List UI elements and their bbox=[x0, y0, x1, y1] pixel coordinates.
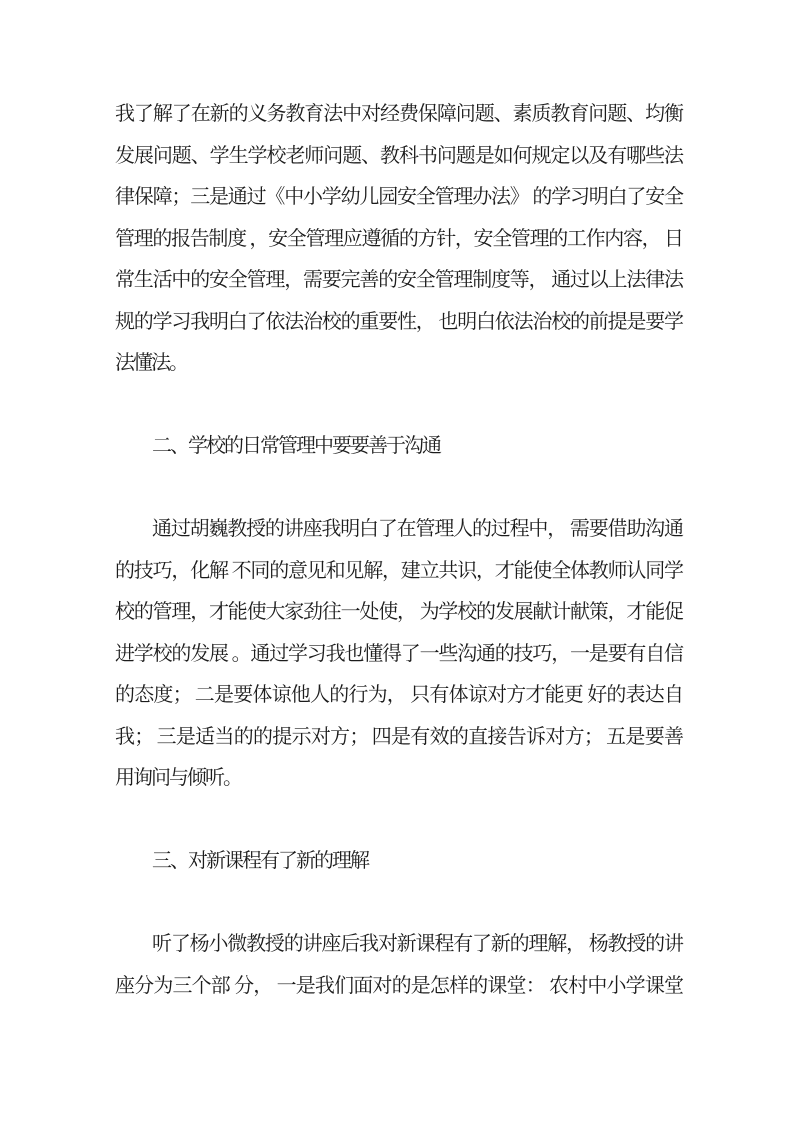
paragraph: 听了杨小微教授的讲座后我对新课程有了新的理解， 杨教授的讲座分为三个部 分， 一… bbox=[115, 924, 682, 1007]
text-line: 管理的报告制度 ，安全管理应遵循的方针，安全管理的工作内容， 日 bbox=[115, 219, 682, 261]
text-line: 的态度； 二是要体谅他人的行为， 只有体谅对方才能更 好的表达自 bbox=[115, 675, 682, 717]
paragraph: 通过胡巍教授的讲座我明白了在管理人的过程中， 需要借助沟通的技巧，化解 不同的意… bbox=[115, 509, 682, 800]
text-line: 通过胡巍教授的讲座我明白了在管理人的过程中， 需要借助沟通 bbox=[115, 509, 682, 551]
text-line: 的技巧，化解 不同的意见和见解，建立共识，才能使全体教师认同学 bbox=[115, 551, 682, 593]
document-page: 我了解了在新的义务教育法中对经费保障问题、素质教育问题、均衡发展问题、学生学校老… bbox=[0, 0, 793, 1122]
text-line: 律保障；三是通过《中小学幼儿园安全管理办法》 的学习明白了安全 bbox=[115, 177, 682, 219]
text-line: 听了杨小微教授的讲座后我对新课程有了新的理解， 杨教授的讲 bbox=[115, 924, 682, 966]
text-line: 用询问与倾听。 bbox=[115, 758, 682, 800]
text-line: 发展问题、学生学校老师问题、教科书问题是如何规定以及有哪些法 bbox=[115, 136, 682, 178]
text-line: 我； 三是适当的的提示对方； 四是有效的直接告诉对方； 五是要善 bbox=[115, 717, 682, 759]
section-heading: 二、学校的日常管理中要要善于沟通 bbox=[115, 426, 682, 468]
text-line: 校的管理，才能使大家劲往一处使， 为学校的发展献计献策，才能促 bbox=[115, 592, 682, 634]
document-body: 我了解了在新的义务教育法中对经费保障问题、素质教育问题、均衡发展问题、学生学校老… bbox=[0, 0, 793, 1007]
text-line: 法懂法。 bbox=[115, 343, 682, 385]
section-heading: 三、对新课程有了新的理解 bbox=[115, 841, 682, 883]
text-line: 规的学习我明白了依法治校的重要性， 也明白依法治校的前提是要学 bbox=[115, 302, 682, 344]
text-line: 座分为三个部 分， 一是我们面对的是怎样的课堂： 农村中小学课堂 bbox=[115, 966, 682, 1008]
text-line: 我了解了在新的义务教育法中对经费保障问题、素质教育问题、均衡 bbox=[115, 94, 682, 136]
paragraph: 我了解了在新的义务教育法中对经费保障问题、素质教育问题、均衡发展问题、学生学校老… bbox=[115, 94, 682, 385]
text-line: 常生活中的安全管理，需要完善的安全管理制度等， 通过以上法律法 bbox=[115, 260, 682, 302]
text-line: 三、对新课程有了新的理解 bbox=[115, 841, 682, 883]
text-line: 进学校的发展 。通过学习我也懂得了一些沟通的技巧，一是要有自信 bbox=[115, 634, 682, 676]
text-line: 二、学校的日常管理中要要善于沟通 bbox=[115, 426, 682, 468]
